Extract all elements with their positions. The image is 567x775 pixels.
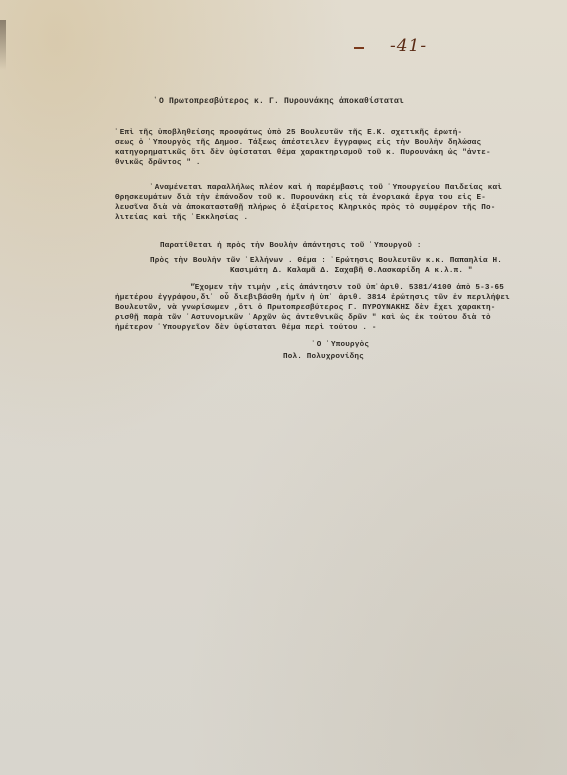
paper-stain — [0, 20, 6, 70]
paragraph-3-line-5: ἡμέτερον ῾Υπουργεῖον δὲν ὑφίσταται θέμα … — [115, 323, 377, 333]
signature-title: ῾Ο ῾Υπουργὸς — [312, 340, 369, 350]
paragraph-1-line-2: σεως ὁ ῾Υπουργὸς τῆς Δημοσ. Τάξεως ἀπέστ… — [115, 138, 481, 148]
paragraph-3-line-1: "Ἔχομεν τὴν τιμὴν ,εἰς ἀπάντησιν τοῦ ὑπ᾿… — [190, 283, 504, 293]
signature-name: Πολ. Πολυχρονίδης — [283, 352, 364, 362]
addressee-line-1: Πρὸς τὴν Βουλὴν τῶν ῾Ελλήνων . Θέμα : ᾿Ε… — [150, 256, 502, 266]
paragraph-3-line-4: ρισθῇ παρὰ τῶν ᾿Αστυνομικῶν ᾿Αρχῶν ὡς ἀν… — [115, 313, 491, 323]
paragraph-3-line-3: Βουλευτῶν, νὰ γνωρίσωμεν ,ὅτι ὁ Πρωτοπρε… — [115, 303, 496, 313]
paragraph-2-line-2: Θρησκευμάτων διὰ τὴν ἐπάνοδον τοῦ κ. Πυρ… — [115, 193, 486, 203]
handwritten-dash-mark — [354, 47, 364, 49]
paragraph-1-line-1: ῾Επὶ τῆς ὑποβληθείσης προσφάτως ὑπὸ 25 Β… — [115, 128, 462, 138]
paragraph-1-line-4: θνικῶς δρῶντος " . — [115, 158, 201, 168]
enclosure-intro: Παρατίθεται ἡ πρὸς τὴν Βουλὴν ἀπάντησις … — [160, 241, 422, 251]
paragraph-2-line-3: λευσῖνα διὰ νὰ ἀποκατασταθῇ πλήρως ὁ ἐξα… — [115, 203, 496, 213]
handwritten-page-number: -41- — [390, 36, 427, 56]
paragraph-2-line-4: λιτείας καὶ τῆς ᾿Εκκλησίας . — [115, 213, 248, 223]
paragraph-2-line-1: ᾿Αναμένεται παραλλήλως πλέον καὶ ἡ παρέμ… — [150, 183, 502, 193]
addressee-line-2: Κασιμάτη Δ. Καλαμᾶ Δ. Σαχαβῆ Θ.Λασκαρίδη… — [230, 266, 473, 276]
document-heading: ῾Ο Πρωτοπρεσβύτερος κ. Γ. Πυρουνάκης ἀπο… — [154, 97, 404, 107]
paragraph-1-line-3: κατηγορηματικῶς ὅτι δὲν ὑφίσταται θέμα χ… — [115, 148, 491, 158]
scanned-document-page: -41- ῾Ο Πρωτοπρεσβύτερος κ. Γ. Πυρουνάκη… — [0, 0, 567, 775]
paragraph-3-line-2: ἡμετέρου ἐγγράφου,δι᾿ οὗ διεβιβάσθη ἡμῖν… — [115, 293, 510, 303]
